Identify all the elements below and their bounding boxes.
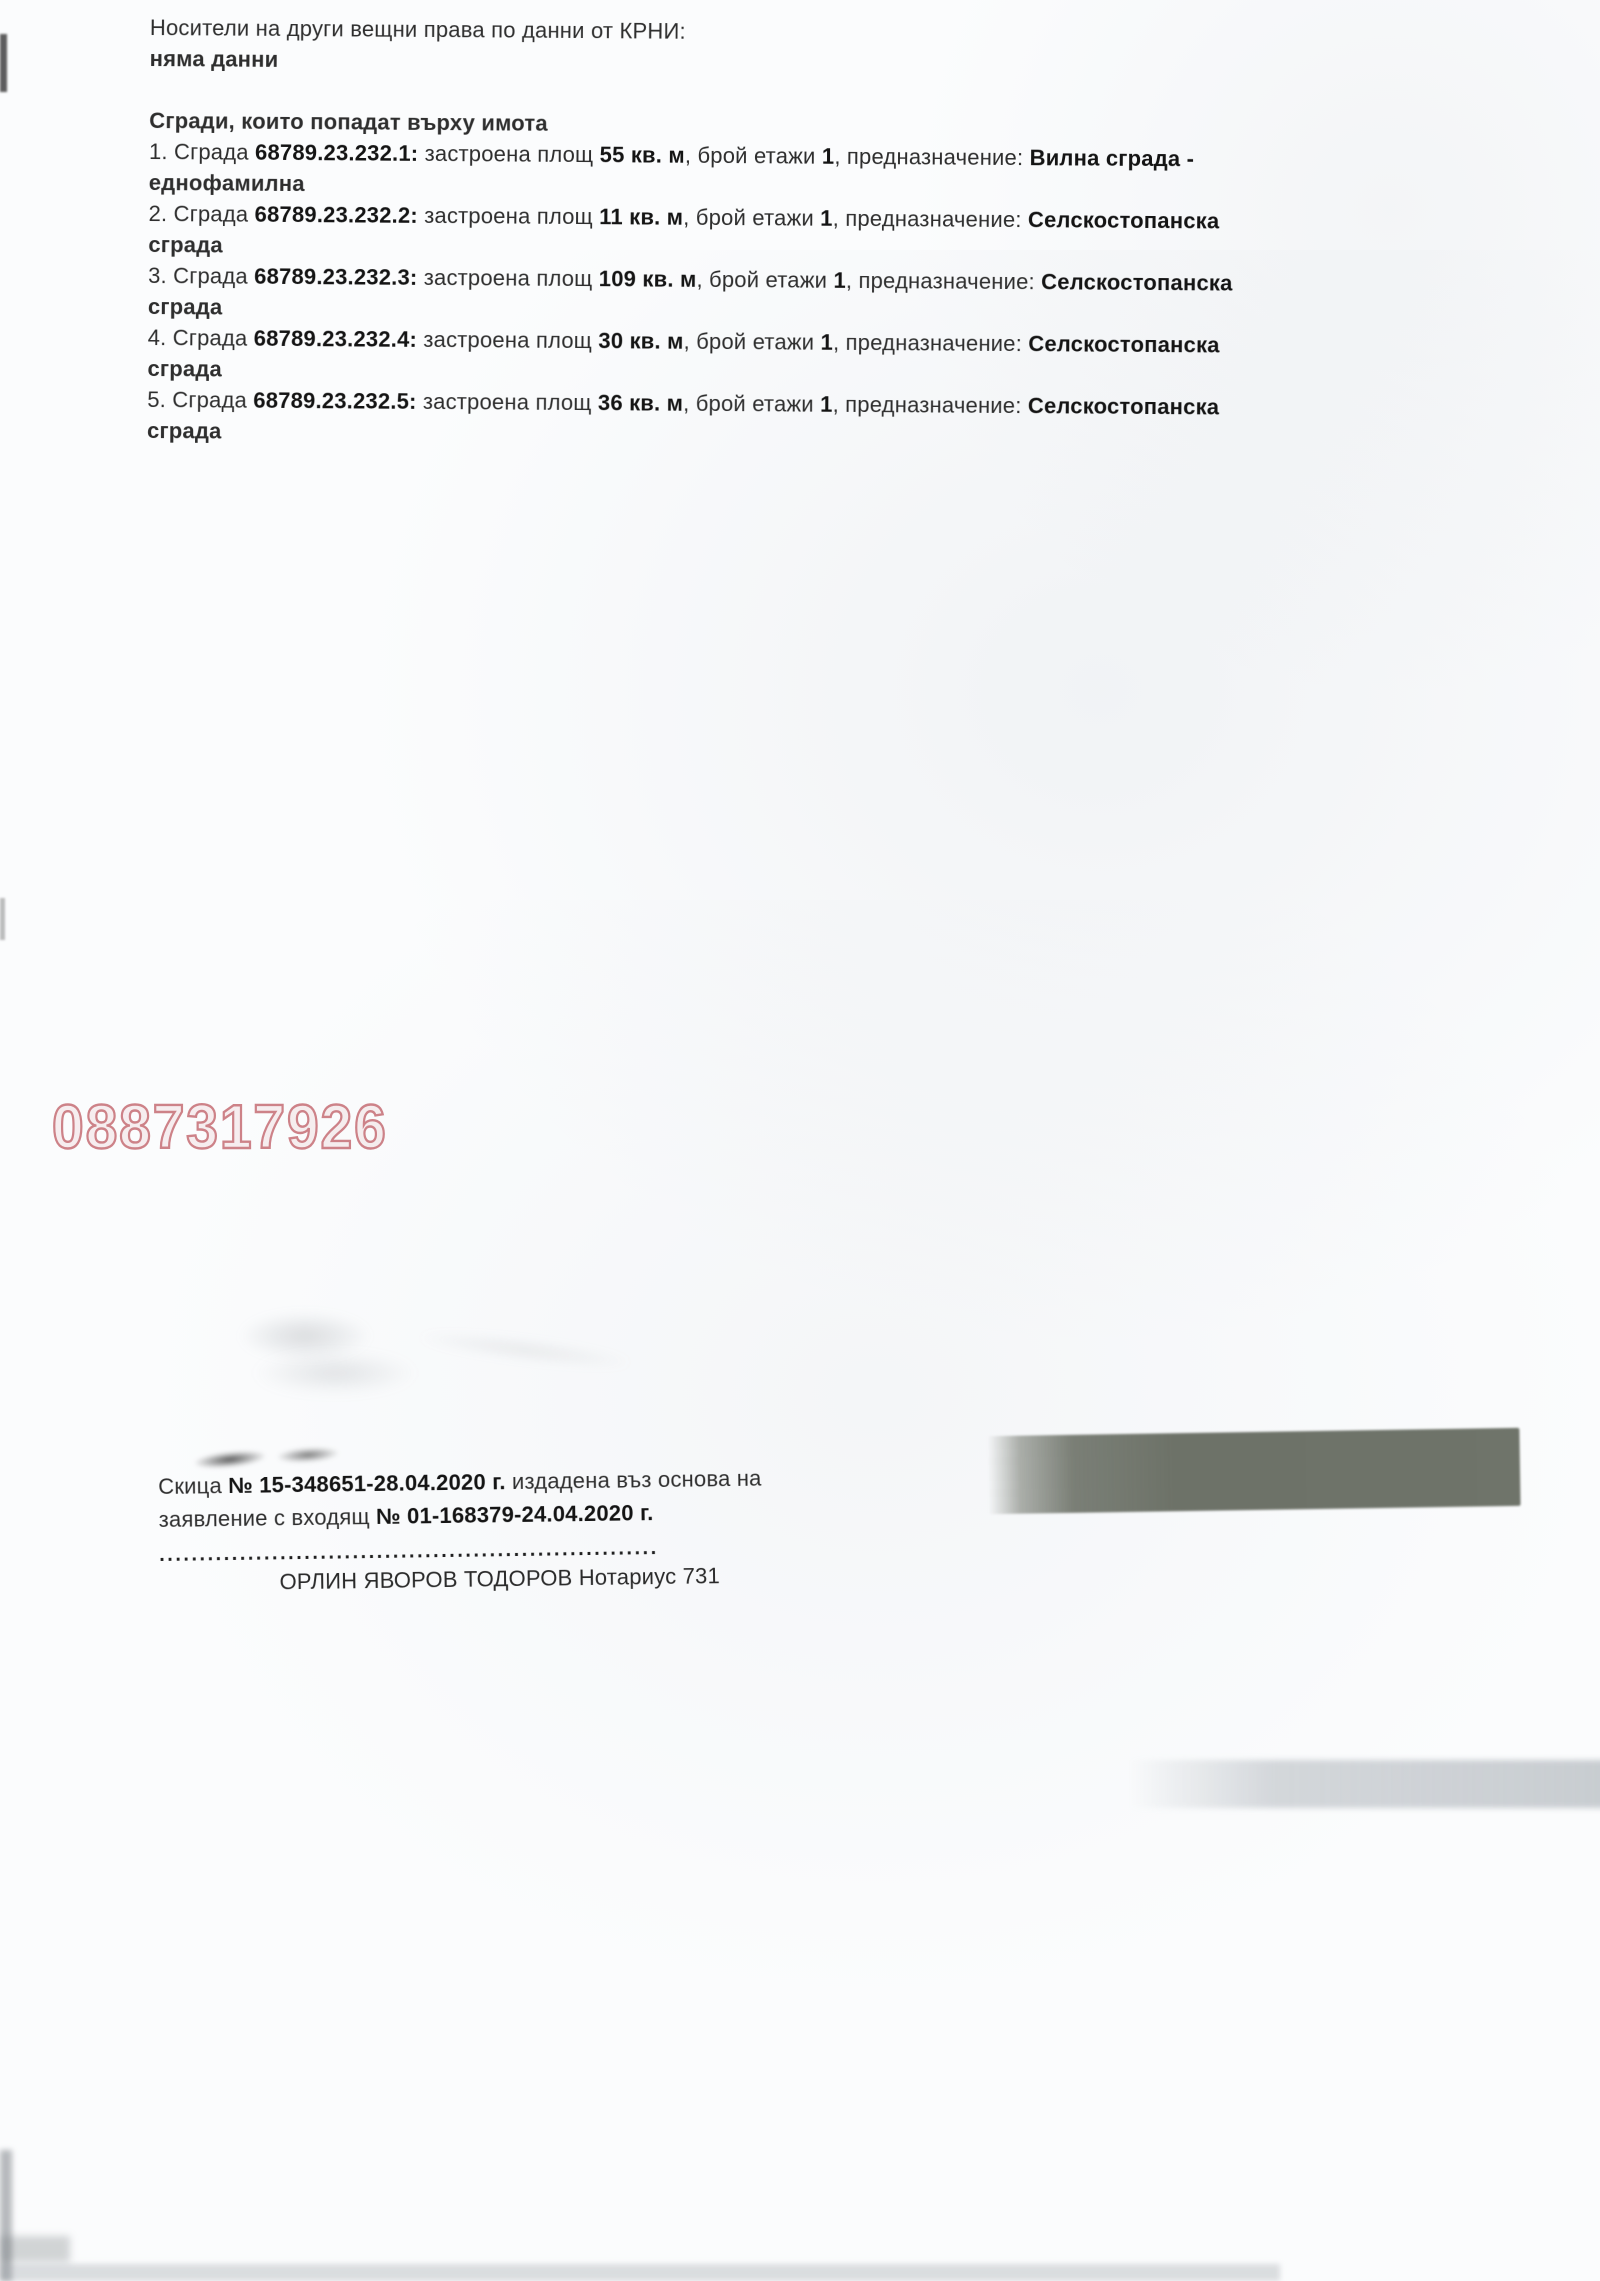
building-area: 30 кв. м [598, 328, 683, 354]
footer-text: издадена въз основа на [505, 1466, 761, 1495]
redaction-bar [987, 1428, 1520, 1514]
building-purpose: Селскостопанска [1028, 393, 1220, 419]
building-text: , предназначение: [833, 206, 1028, 232]
building-floors: 1 [820, 206, 833, 231]
scan-artifact-smudge [240, 1312, 370, 1360]
building-prefix: 1. Сграда [149, 139, 255, 165]
building-text: , брой етажи [683, 391, 820, 417]
building-id: 68789.23.232.2: [255, 202, 418, 228]
building-area: 55 кв. м [600, 142, 685, 168]
building-text: застроена площ [417, 327, 599, 353]
building-floors: 1 [833, 268, 846, 293]
building-text: , брой етажи [683, 205, 820, 231]
scanned-document-page: Носители на други вещни права по данни о… [0, 0, 1600, 2281]
application-number: № 01-168379-24.04.2020 г. [376, 1500, 654, 1529]
building-text: , брой етажи [684, 329, 821, 355]
building-text: , брой етажи [696, 267, 833, 293]
building-floors: 1 [822, 144, 835, 169]
building-floors: 1 [820, 330, 833, 355]
building-prefix: 4. Сграда [148, 325, 254, 351]
scan-artifact-smudge [420, 1327, 631, 1372]
scan-artifact-ink [194, 1448, 265, 1470]
footer-text: Скица [158, 1473, 228, 1499]
scan-artifact-smudge [255, 1352, 415, 1394]
building-purpose: Селскостопанска [1028, 331, 1220, 357]
building-id: 68789.23.232.1: [255, 140, 418, 166]
building-prefix: 2. Сграда [149, 201, 255, 227]
building-prefix: 5. Сграда [147, 387, 253, 413]
building-area: 109 кв. м [599, 266, 697, 292]
scan-edge-artifact [0, 2236, 70, 2262]
building-floors: 1 [820, 392, 833, 417]
building-text: , брой етажи [685, 143, 822, 169]
scan-edge-artifact [0, 2264, 1280, 2281]
scan-artifact-ink [278, 1446, 339, 1464]
building-text: застроена площ [418, 141, 600, 167]
document-body: Носители на други вещни права по данни о… [147, 12, 1490, 455]
building-prefix: 3. Сграда [148, 263, 254, 289]
building-text: , предназначение: [846, 268, 1041, 294]
building-id: 68789.23.232.3: [254, 264, 417, 290]
building-id: 68789.23.232.4: [254, 326, 417, 352]
scan-edge-artifact [0, 2150, 12, 2281]
scan-edge-artifact [0, 34, 7, 92]
building-text: застроена площ [417, 265, 599, 291]
building-purpose: Вилна сграда - [1030, 145, 1195, 171]
building-text: застроена площ [418, 203, 600, 229]
building-purpose: Селскостопанска [1028, 207, 1220, 233]
building-purpose: Селскостопанска [1041, 269, 1233, 295]
scan-edge-artifact [0, 898, 5, 940]
scan-fold-shadow [1130, 1760, 1600, 1808]
document-footer: Скица № 15-348651-28.04.2020 г. издадена… [158, 1460, 860, 1602]
phone-watermark: 0887317926 [52, 1092, 388, 1163]
building-id: 68789.23.232.5: [253, 388, 416, 414]
building-text: , предназначение: [834, 144, 1029, 170]
sketch-number: № 15-348651-28.04.2020 г. [228, 1469, 506, 1498]
footer-text: заявление с входящ [159, 1504, 377, 1532]
building-text: , предназначение: [833, 330, 1028, 356]
building-area: 36 кв. м [598, 390, 683, 416]
building-text: , предназначение: [833, 392, 1028, 418]
building-text: застроена площ [416, 389, 598, 415]
building-area: 11 кв. м [599, 204, 683, 230]
